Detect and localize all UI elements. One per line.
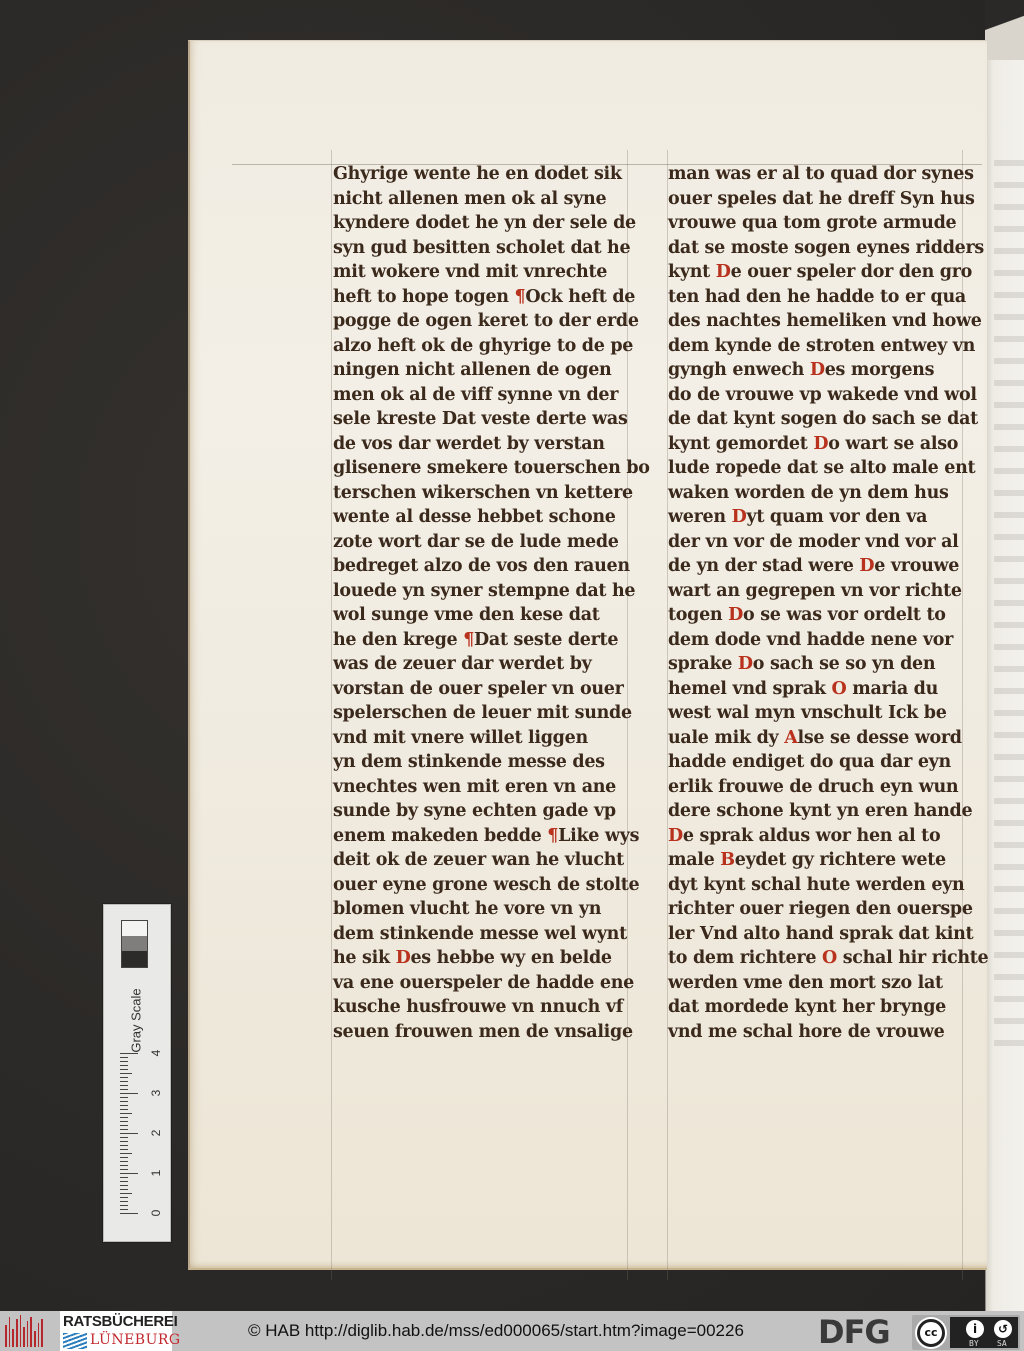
- line-text-after-rubric: lse se desse word: [798, 728, 962, 748]
- ruler-tick: [120, 1157, 128, 1158]
- line-text: Ghyrige wente he en dodet sik: [333, 164, 622, 184]
- line-text: togen: [668, 605, 728, 625]
- manuscript-viewer: Ghyrige wente he en dodet siknicht allen…: [0, 0, 1024, 1311]
- manuscript-line: kynt gemordet Do wart se also: [668, 432, 968, 457]
- line-text: waken worden de yn dem hus: [668, 483, 949, 503]
- manuscript-line: sele kreste Dat veste derte was: [333, 407, 623, 432]
- ruler-tick: [120, 1165, 128, 1166]
- line-text-after-rubric: o se was vor ordelt to: [743, 605, 946, 625]
- ruler-tick: [120, 1189, 128, 1190]
- line-text-after-rubric: es hebbe wy en belde: [410, 948, 611, 968]
- manuscript-line: kynt De ouer speler dor den gro: [668, 260, 968, 285]
- manuscript-line: alzo heft ok de ghyrige to de pe: [333, 334, 623, 359]
- line-text: ouer eyne grone wesch de stolte: [333, 875, 639, 895]
- line-text-after-rubric: schal hir richte: [837, 948, 988, 968]
- manuscript-line: dat mordede kynt her brynge: [668, 995, 968, 1020]
- ruler-tick: [120, 1169, 128, 1170]
- line-text: wente al desse hebbet schone: [333, 507, 616, 527]
- ruler-tick: [120, 1181, 128, 1182]
- line-text: to dem richtere: [668, 948, 822, 968]
- line-text: wol sunge vme den kese dat: [333, 605, 600, 625]
- line-text-after-rubric: o wart se also: [828, 434, 958, 454]
- ruler-tick: [120, 1109, 128, 1110]
- manuscript-line: ouer eyne grone wesch de stolte: [333, 873, 623, 898]
- line-text: men ok al de viff synne vn der: [333, 385, 618, 405]
- ruler-tick: [120, 1117, 128, 1118]
- line-text: de dat kynt sogen do sach se dat: [668, 409, 978, 429]
- manuscript-line: was de zeuer dar werdet by: [333, 652, 623, 677]
- ruler-tick: [120, 1185, 128, 1186]
- line-text: man was er al to quad dor synes: [668, 164, 974, 184]
- ruler-tick: [120, 1177, 128, 1178]
- logo-text-line2: LÜNEBURG: [90, 1332, 181, 1348]
- manuscript-line: zote wort dar se de lude mede: [333, 530, 623, 555]
- line-text: hemel vnd sprak: [668, 679, 832, 699]
- ruler-tick: [120, 1197, 128, 1198]
- copyright-link[interactable]: © HAB http://diglib.hab.de/mss/ed000065/…: [248, 1321, 744, 1341]
- line-text: sunde by syne echten gade vp: [333, 801, 616, 821]
- ruler-tick: [120, 1097, 128, 1098]
- line-text: hadde endiget do qua dar eyn: [668, 752, 951, 772]
- ratsbuecherei-logo[interactable]: RATSBÜCHEREI LÜNEBURG: [60, 1311, 172, 1351]
- line-text: des nachtes hemeliken vnd howe: [668, 311, 982, 331]
- text-column-right: man was er al to quad dor synesouer spel…: [668, 162, 968, 1044]
- ruler-tick: [120, 1137, 128, 1138]
- line-text: do de vrouwe vp wakede vnd wol: [668, 385, 977, 405]
- rubric-initial: ¶: [463, 630, 474, 650]
- manuscript-line: de dat kynt sogen do sach se dat: [668, 407, 968, 432]
- manuscript-line: hemel vnd sprak O maria du: [668, 677, 968, 702]
- rubric-initial: ¶: [515, 287, 526, 307]
- ruler-tick: [120, 1133, 138, 1134]
- line-text: uale mik dy: [668, 728, 784, 748]
- line-text: nicht allenen men ok al syne: [333, 189, 606, 209]
- ruler-number: 4: [150, 1047, 162, 1059]
- ruler-tick: [120, 1213, 138, 1214]
- manuscript-line: erlik frouwe de druch eyn wun: [668, 775, 968, 800]
- line-text: yn dem stinkende messe des: [333, 752, 605, 772]
- ruler-tick: [120, 1089, 128, 1090]
- manuscript-line: sprake Do sach se so yn den: [668, 652, 968, 677]
- manuscript-line: nicht allenen men ok al syne: [333, 187, 623, 212]
- gray-scale-label: Gray Scale: [106, 985, 166, 1055]
- ruler-tick: [120, 1205, 128, 1206]
- manuscript-line: werden vme den mort szo lat: [668, 971, 968, 996]
- line-text: was de zeuer dar werdet by: [333, 654, 592, 674]
- line-text: dat se moste sogen eynes ridders: [668, 238, 984, 258]
- line-text: alzo heft ok de ghyrige to de pe: [333, 336, 633, 356]
- line-text: richter ouer riegen den ouerspe: [668, 899, 973, 919]
- manuscript-line: vnd me schal hore de vrouwe: [668, 1020, 968, 1045]
- line-text-after-rubric: maria du: [847, 679, 939, 699]
- line-text-after-rubric: e ouer speler dor den gro: [731, 262, 972, 282]
- ruler-tick: [120, 1141, 128, 1142]
- ruler-tick: [120, 1057, 128, 1058]
- ruler-tick: [120, 1129, 128, 1130]
- ruler-tick: [120, 1193, 132, 1194]
- line-text: werden vme den mort szo lat: [668, 973, 943, 993]
- manuscript-line: bedreget alzo de vos den rauen: [333, 554, 623, 579]
- cc-by-sa-license-badge[interactable]: cc i ↺ BY SA: [912, 1315, 1020, 1350]
- rubric-initial: D: [732, 507, 747, 527]
- rubric-initial: D: [859, 556, 874, 576]
- ruler-tick: [120, 1173, 138, 1174]
- share-alike-icon: ↺: [994, 1320, 1012, 1338]
- manuscript-line: pogge de ogen keret to der erde: [333, 309, 623, 334]
- line-text: sele kreste Dat veste derte was: [333, 409, 628, 429]
- manuscript-line: spelerschen de leuer mit sunde: [333, 701, 623, 726]
- line-text: ouer speles dat he dreff: [668, 189, 900, 209]
- manuscript-line: De sprak aldus wor hen al to: [668, 824, 968, 849]
- ruler-tick: [120, 1145, 128, 1146]
- line-text: seuen frouwen: [333, 1022, 479, 1042]
- line-text-after-rubric: Ock heft de: [525, 287, 635, 307]
- footer-bar: RATSBÜCHEREI LÜNEBURG © HAB http://digli…: [0, 1311, 1024, 1351]
- manuscript-line: kyndere dodet he yn der sele de: [333, 211, 623, 236]
- line-text: vnd mit vnere willet liggen: [333, 728, 588, 748]
- manuscript-line: seuen frouwen men de vnsalige: [333, 1020, 623, 1045]
- facing-page-corner: [985, 0, 1024, 60]
- manuscript-line: ouer speles dat he dreff Syn hus: [668, 187, 968, 212]
- text-column-left: Ghyrige wente he en dodet siknicht allen…: [333, 162, 623, 1044]
- manuscript-line: vnd mit vnere willet liggen: [333, 726, 623, 751]
- manuscript-line: ten had den he hadde to er qua: [668, 285, 968, 310]
- manuscript-line: man was er al to quad dor synes: [668, 162, 968, 187]
- manuscript-line: enem makeden bedde ¶Like wys: [333, 824, 623, 849]
- line-text-after-rubric: Dat seste derte: [474, 630, 618, 650]
- line-text: va ene ouerspeler de hadde ene: [333, 973, 634, 993]
- manuscript-line: dyt kynt schal hute werden eyn: [668, 873, 968, 898]
- line-text-after-rubric: Syn hus: [900, 189, 975, 209]
- manuscript-line: va ene ouerspeler de hadde ene: [333, 971, 623, 996]
- line-text: kynt: [668, 262, 716, 282]
- manuscript-line: ningen nicht allenen de ogen: [333, 358, 623, 383]
- rubric-initial: D: [738, 654, 753, 674]
- ruler-tick: [120, 1065, 128, 1066]
- line-text: dem stinkende messe wel wynt: [333, 924, 627, 944]
- ruler-tick: [120, 1073, 132, 1074]
- manuscript-line: richter ouer riegen den ouerspe: [668, 897, 968, 922]
- rubric-initial: D: [728, 605, 743, 625]
- ruler-number: 3: [150, 1087, 162, 1099]
- line-text-after-rubric: Like wys: [558, 826, 639, 846]
- manuscript-line: men ok al de viff synne vn der: [333, 383, 623, 408]
- rubric-initial: D: [668, 826, 683, 846]
- manuscript-line: ler Vnd alto hand sprak dat kint: [668, 922, 968, 947]
- line-text: wart an gegrepen vn vor richte: [668, 581, 962, 601]
- manuscript-line: terschen wikerschen vn kettere: [333, 481, 623, 506]
- manuscript-line: kusche husfrouwe vn nnuch vf: [333, 995, 623, 1020]
- line-text: lude ropede dat se alto male ent: [668, 458, 975, 478]
- facing-page-text-ghost: [994, 160, 1024, 1060]
- line-text: vnechtes wen mit eren vn ane: [333, 777, 616, 797]
- ruler-tick: [120, 1121, 128, 1122]
- line-text: ler Vnd alto hand sprak dat kint: [668, 924, 973, 944]
- ruler-tick: [120, 1069, 128, 1070]
- line-text: pogge de ogen keret to der erde: [333, 311, 639, 331]
- line-text: terschen wikerschen vn kettere: [333, 483, 633, 503]
- line-text: glisenere smekere touerschen bo: [333, 458, 650, 478]
- rubric-initial: B: [720, 850, 735, 870]
- line-text: weren: [668, 507, 732, 527]
- manuscript-line: Ghyrige wente he en dodet sik: [333, 162, 623, 187]
- line-text: vnd me schal hore de vrouwe: [668, 1022, 944, 1042]
- manuscript-line: lude ropede dat se alto male ent: [668, 456, 968, 481]
- facing-page-edge: [985, 0, 1024, 1311]
- line-text-after-rubric: o sach se so yn den: [753, 654, 936, 674]
- manuscript-line: wol sunge vme den kese dat: [333, 603, 623, 628]
- manuscript-line: louede yn syner stempne dat he: [333, 579, 623, 604]
- rubric-initial: O: [832, 679, 847, 699]
- manuscript-line: des nachtes hemeliken vnd howe: [668, 309, 968, 334]
- ruler-tick: [120, 1153, 132, 1154]
- ruler-number: 0: [150, 1207, 162, 1219]
- manuscript-line: male Beydet gy richtere wete: [668, 848, 968, 873]
- line-text: de yn der stad were: [668, 556, 859, 576]
- manuscript-line: dem stinkende messe wel wynt: [333, 922, 623, 947]
- line-text: kyndere dodet he yn der sele de: [333, 213, 636, 233]
- ratsbuecherei-barcode-logo-icon: [5, 1315, 43, 1347]
- gray-patch-light: [122, 921, 147, 936]
- left-column-ruling-left: [331, 150, 332, 1280]
- line-text: spelerschen de leuer mit sunde: [333, 703, 632, 723]
- line-text: dem kynde de stroten entwey vn: [668, 336, 975, 356]
- manuscript-line: yn dem stinkende messe des: [333, 750, 623, 775]
- gray-scale-patches: [121, 920, 148, 968]
- ruler-tick: [120, 1149, 128, 1150]
- ruler-tick: [120, 1077, 128, 1078]
- line-text: dat mordede kynt her brynge: [668, 997, 946, 1017]
- line-text: west wal myn vnschult Ick be: [668, 703, 947, 723]
- ruler-tick: [120, 1209, 128, 1210]
- gray-scale-card: Gray Scale 01234: [103, 904, 171, 1242]
- line-text-after-rubric: eydet gy richtere wete: [735, 850, 946, 870]
- line-text: male: [668, 850, 720, 870]
- ruler-tick: [120, 1113, 132, 1114]
- dfg-logo[interactable]: DFG: [818, 1316, 890, 1348]
- gray-patch-mid: [122, 936, 147, 951]
- line-text: louede yn syner stempne dat he: [333, 581, 635, 601]
- line-text-after-rubric: es morgens: [825, 360, 934, 380]
- ruler-tick: [120, 1085, 128, 1086]
- line-text: gyngh enwech: [668, 360, 810, 380]
- manuscript-line: he sik Des hebbe wy en belde: [333, 946, 623, 971]
- line-text: bedreget alzo de vos den rauen: [333, 556, 630, 576]
- rubric-initial: D: [813, 434, 828, 454]
- manuscript-line: deit ok de zeuer wan he vlucht: [333, 848, 623, 873]
- rubric-initial: ¶: [547, 826, 558, 846]
- manuscript-line: gyngh enwech Des morgens: [668, 358, 968, 383]
- ruler-number: 2: [150, 1127, 162, 1139]
- by-label: BY: [969, 1339, 979, 1348]
- line-text: kynt gemordet: [668, 434, 813, 454]
- line-text: zote wort dar se de lude mede: [333, 532, 619, 552]
- manuscript-line: weren Dyt quam vor den va: [668, 505, 968, 530]
- open-book-icon: [63, 1333, 87, 1349]
- line-text: enem makeden bedde: [333, 826, 547, 846]
- line-text: mit wokere vnd mit vnrechte: [333, 262, 607, 282]
- manuscript-line: vrouwe qua tom grote armude: [668, 211, 968, 236]
- rubric-initial: O: [822, 948, 837, 968]
- ruler-tick: [120, 1161, 128, 1162]
- manuscript-line: sunde by syne echten gade vp: [333, 799, 623, 824]
- line-text: erlik frouwe de druch eyn wun: [668, 777, 958, 797]
- manuscript-line: dem kynde de stroten entwey vn: [668, 334, 968, 359]
- line-text: he sik: [333, 948, 396, 968]
- manuscript-line: blomen vlucht he vore vn yn: [333, 897, 623, 922]
- manuscript-line: de vos dar werdet by verstan: [333, 432, 623, 457]
- manuscript-line: vnechtes wen mit eren vn ane: [333, 775, 623, 800]
- ruler-tick: [120, 1061, 128, 1062]
- line-text: he den krege: [333, 630, 463, 650]
- ruler-number: 1: [150, 1167, 162, 1179]
- manuscript-line: dat se moste sogen eynes ridders: [668, 236, 968, 261]
- manuscript-line: wart an gegrepen vn vor richte: [668, 579, 968, 604]
- manuscript-line: hadde endiget do qua dar eyn: [668, 750, 968, 775]
- line-text: blomen vlucht he vore vn yn: [333, 899, 601, 919]
- line-text-after-rubric: e sprak aldus wor hen al to: [683, 826, 940, 846]
- manuscript-line: to dem richtere O schal hir richte: [668, 946, 968, 971]
- rubric-initial: A: [784, 728, 797, 748]
- ruler-tick: [120, 1201, 128, 1202]
- manuscript-line: west wal myn vnschult Ick be: [668, 701, 968, 726]
- manuscript-line: he den krege ¶Dat seste derte: [333, 628, 623, 653]
- rubric-initial: D: [396, 948, 411, 968]
- manuscript-line: dem dode vnd hadde nene vor: [668, 628, 968, 653]
- rubric-initial: D: [716, 262, 731, 282]
- manuscript-line: uale mik dy Alse se desse word: [668, 726, 968, 751]
- line-text-after-rubric: yt quam vor den va: [746, 507, 927, 527]
- line-text: dyt kynt schal hute werden eyn: [668, 875, 964, 895]
- manuscript-line: do de vrouwe vp wakede vnd wol: [668, 383, 968, 408]
- manuscript-line: der vn vor de moder vnd vor al: [668, 530, 968, 555]
- line-text: der vn vor de moder vnd vor al: [668, 532, 959, 552]
- line-text: dem dode vnd hadde nene vor: [668, 630, 953, 650]
- line-text: sprake: [668, 654, 738, 674]
- line-text: deit ok de zeuer wan he vlucht: [333, 850, 624, 870]
- ruler-tick: [120, 1053, 138, 1054]
- manuscript-line: de yn der stad were De vrouwe: [668, 554, 968, 579]
- logo-text-line1: RATSBÜCHEREI: [63, 1313, 177, 1330]
- manuscript-line: mit wokere vnd mit vnrechte: [333, 260, 623, 285]
- line-text-after-rubric: men de vnsalige: [479, 1022, 633, 1042]
- line-text: kusche husfrouwe vn nnuch vf: [333, 997, 623, 1017]
- sa-label: SA: [997, 1339, 1007, 1348]
- manuscript-line: heft to hope togen ¶Ock heft de: [333, 285, 623, 310]
- line-text: ningen nicht allenen de ogen: [333, 360, 611, 380]
- line-text: ten had den he hadde to er qua: [668, 287, 966, 307]
- ruler-tick: [120, 1105, 128, 1106]
- line-text: dere schone kynt yn eren hande: [668, 801, 972, 821]
- line-text-after-rubric: e vrouwe: [874, 556, 959, 576]
- line-text: syn gud besitten scholet dat he: [333, 238, 630, 258]
- line-text: de vos dar werdet by verstan: [333, 434, 605, 454]
- line-text: vorstan de ouer speler vn ouer: [333, 679, 624, 699]
- ruler-tick: [120, 1081, 128, 1082]
- gray-scale-label-text: Gray Scale: [129, 988, 144, 1052]
- rubric-initial: D: [810, 360, 825, 380]
- manuscript-line: vorstan de ouer speler vn ouer: [333, 677, 623, 702]
- creative-commons-icon: cc: [917, 1319, 945, 1347]
- ruler-tick: [120, 1093, 138, 1094]
- attribution-person-icon: i: [966, 1320, 984, 1338]
- manuscript-line: dere schone kynt yn eren hande: [668, 799, 968, 824]
- manuscript-line: togen Do se was vor ordelt to: [668, 603, 968, 628]
- manuscript-line: wente al desse hebbet schone: [333, 505, 623, 530]
- manuscript-line: waken worden de yn dem hus: [668, 481, 968, 506]
- ruler-tick: [120, 1125, 128, 1126]
- manuscript-line: syn gud besitten scholet dat he: [333, 236, 623, 261]
- ruler-tick: [120, 1101, 128, 1102]
- ruler-ticks: 01234: [120, 1053, 160, 1223]
- manuscript-line: glisenere smekere touerschen bo: [333, 456, 623, 481]
- line-text: heft to hope togen: [333, 287, 515, 307]
- gray-patch-dark: [122, 951, 147, 967]
- line-text: vrouwe qua tom grote armude: [668, 213, 956, 233]
